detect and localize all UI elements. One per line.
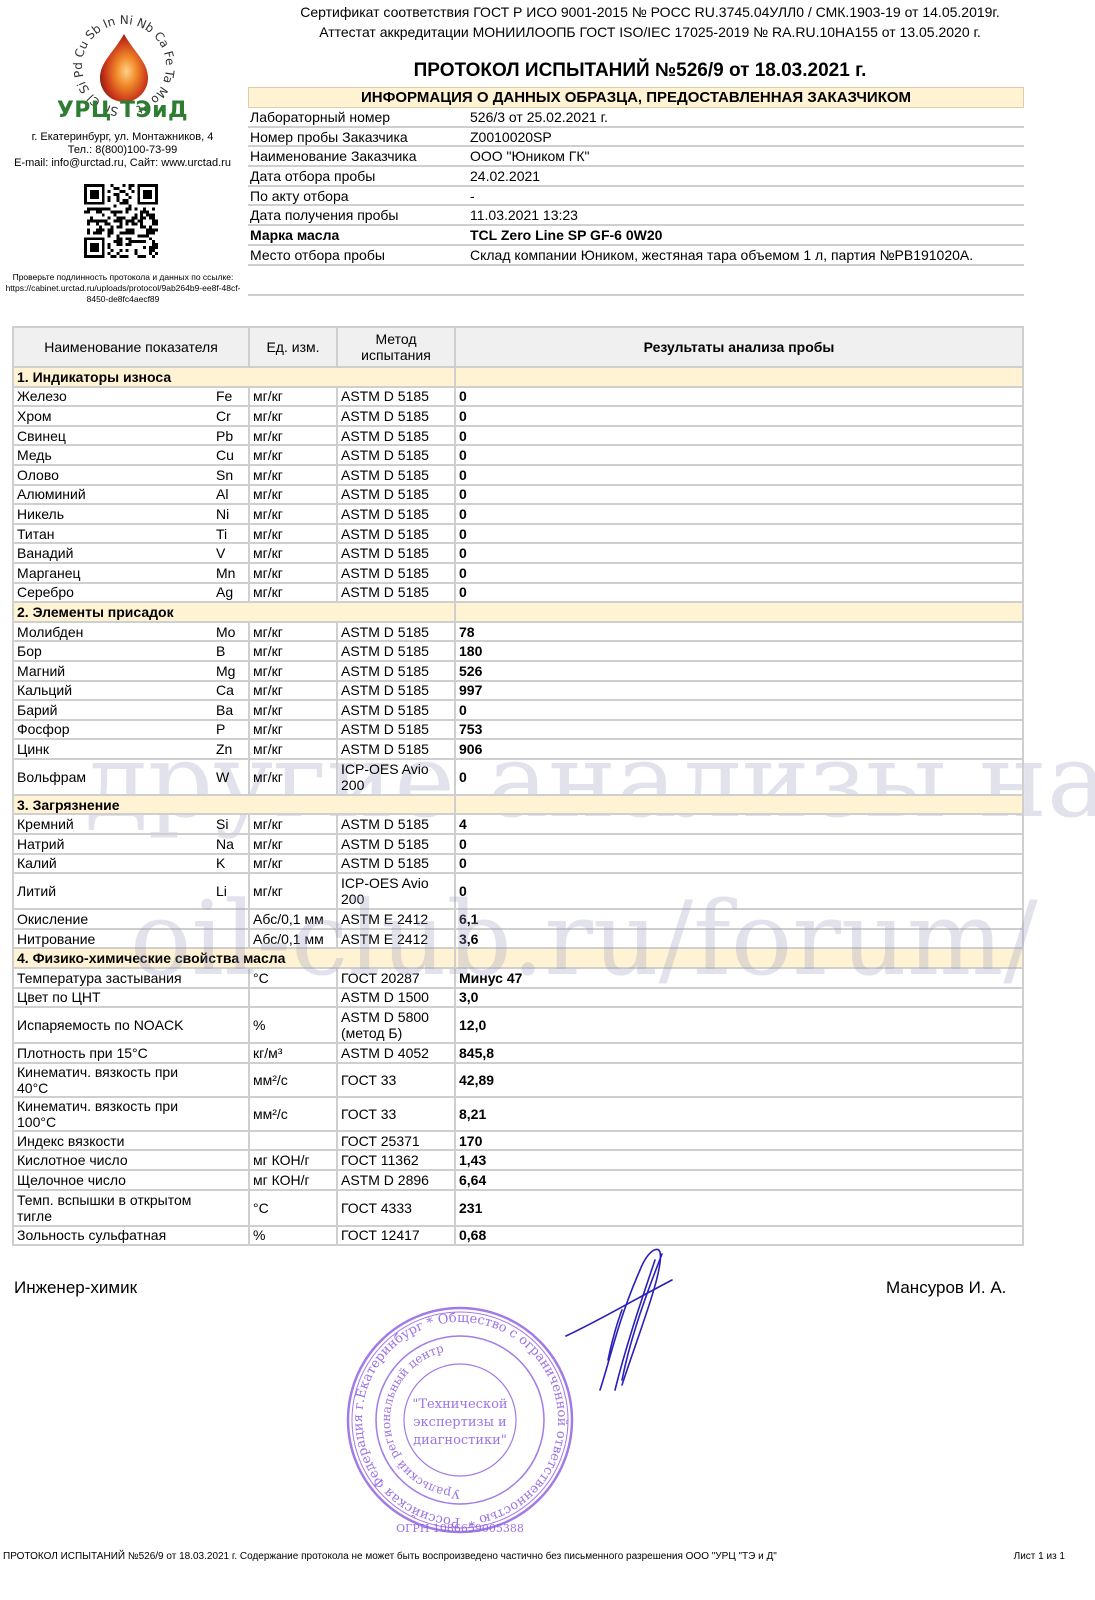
test-method: ГОСТ 33 — [337, 1097, 455, 1131]
info-value: 24.02.2021 — [470, 167, 1024, 185]
unit: мг/кг — [249, 563, 337, 583]
element-symbol: P — [213, 720, 249, 740]
col-header-unit: Ед. изм. — [249, 327, 337, 367]
test-method: ASTM E 2412 — [337, 909, 455, 929]
indicator-name: Железо — [13, 387, 213, 407]
section-row: 3. Загрязнение — [13, 795, 1023, 815]
element-symbol: B — [213, 641, 249, 661]
result-value: 0 — [455, 387, 1023, 407]
result-value: 0 — [455, 524, 1023, 544]
indicator-name: Молибден — [13, 622, 213, 642]
info-label: Лабораторный номер — [248, 108, 470, 126]
results-table: Наименование показателя Ед. изм. Метод и… — [12, 326, 1024, 1246]
table-row: КалийKмг/кгASTM D 51850 — [13, 854, 1023, 874]
result-value: 78 — [455, 622, 1023, 642]
test-method: ICP-OES Avio 200 — [337, 873, 455, 909]
info-label: Место отбора пробы — [248, 246, 470, 264]
table-header-row: Наименование показателя Ед. изм. Метод и… — [13, 327, 1023, 367]
test-method: ASTM D 5185 — [337, 661, 455, 681]
indicator-name: Темп. вспышки в открытом тигле — [13, 1190, 213, 1226]
result-value: 0 — [455, 543, 1023, 563]
indicator-name: Испаряемость по NOACK — [13, 1007, 213, 1043]
unit: Абс/0,1 мм — [249, 909, 337, 929]
result-value: 845,8 — [455, 1043, 1023, 1063]
result-value: 526 — [455, 661, 1023, 681]
indicator-name: Хром — [13, 406, 213, 426]
sample-info-heading: ИНФОРМАЦИЯ О ДАННЫХ ОБРАЗЦА, ПРЕДОСТАВЛЕ… — [248, 87, 1024, 108]
signer-role: Инженер-химик — [14, 1278, 137, 1298]
indicator-name: Кинематич. вязкость при 100°С — [13, 1097, 213, 1131]
element-symbol — [213, 1150, 249, 1170]
footer-disclaimer: ПРОТОКОЛ ИСПЫТАНИЙ №526/9 от 18.03.2021 … — [3, 1551, 777, 1562]
unit: мг/кг — [249, 583, 337, 603]
test-method: ASTM D 5185 — [337, 583, 455, 603]
unit: кг/м³ — [249, 1043, 337, 1063]
table-row: ЖелезоFeмг/кгASTM D 51850 — [13, 387, 1023, 407]
info-label: По акту отбора — [248, 187, 470, 205]
element-symbol — [213, 929, 249, 949]
element-symbol — [213, 1131, 249, 1151]
test-method: ASTM D 1500 — [337, 988, 455, 1008]
indicator-name: Магний — [13, 661, 213, 681]
element-symbol: Ni — [213, 504, 249, 524]
indicator-name: Титан — [13, 524, 213, 544]
info-value: Z0010020SP — [470, 128, 1024, 146]
svg-text:"Технической: "Технической — [412, 1397, 507, 1412]
unit: мг/кг — [249, 661, 337, 681]
unit: мг/кг — [249, 873, 337, 909]
info-row: Лабораторный номер526/3 от 25.02.2021 г. — [248, 108, 1024, 128]
element-symbol: V — [213, 543, 249, 563]
result-value: 3,0 — [455, 988, 1023, 1008]
element-symbol — [213, 909, 249, 929]
unit: мг/кг — [249, 641, 337, 661]
verify-text: Проверьте подлинность протокола и данных… — [4, 272, 242, 283]
indicator-name: Алюминий — [13, 485, 213, 505]
info-row: Дата получения пробы11.03.2021 13:23 — [248, 206, 1024, 226]
unit: мг/кг — [249, 445, 337, 465]
table-row: Зольность сульфатная%ГОСТ 124170,68 — [13, 1226, 1023, 1246]
table-row: Испаряемость по NOACK%ASTM D 5800 (метод… — [13, 1007, 1023, 1043]
test-method: ГОСТ 12417 — [337, 1226, 455, 1246]
indicator-name: Зольность сульфатная — [13, 1226, 213, 1246]
result-value: 0 — [455, 873, 1023, 909]
certification-lines: Сертификат соответствия ГОСТ Р ИСО 9001-… — [250, 2, 1050, 42]
test-method: ASTM D 5185 — [337, 641, 455, 661]
unit: мг/кг — [249, 504, 337, 524]
unit: мг/кг — [249, 739, 337, 759]
result-value: 0 — [455, 563, 1023, 583]
unit — [249, 1131, 337, 1151]
unit: мг/кг — [249, 426, 337, 446]
indicator-name: Литий — [13, 873, 213, 909]
element-symbol: W — [213, 759, 249, 795]
result-value: 231 — [455, 1190, 1023, 1226]
table-row: МолибденMoмг/кгASTM D 518578 — [13, 622, 1023, 642]
protocol-title: ПРОТОКОЛ ИСПЫТАНИЙ №526/9 от 18.03.2021 … — [250, 60, 1030, 82]
section-result-cell — [455, 602, 1023, 622]
result-value: 0 — [455, 700, 1023, 720]
section-title: 2. Элементы присадок — [13, 602, 455, 622]
test-method: ASTM D 5185 — [337, 681, 455, 701]
result-value: 0 — [455, 504, 1023, 524]
table-row: Темп. вспышки в открытом тигле°СГОСТ 433… — [13, 1190, 1023, 1226]
unit: мг/кг — [249, 759, 337, 795]
indicator-name: Индекс вязкости — [13, 1131, 213, 1151]
test-method: ASTM E 2412 — [337, 929, 455, 949]
result-value: 8,21 — [455, 1097, 1023, 1131]
unit: мг/кг — [249, 720, 337, 740]
indicator-name: Температура застывания — [13, 968, 213, 988]
unit — [249, 988, 337, 1008]
indicator-name: Цвет по ЦНТ — [13, 988, 213, 1008]
unit: мг/кг — [249, 485, 337, 505]
test-method: ASTM D 5185 — [337, 445, 455, 465]
result-value: 180 — [455, 641, 1023, 661]
table-row: Плотность при 15°Скг/м³ASTM D 4052845,8 — [13, 1043, 1023, 1063]
test-method: ASTM D 2896 — [337, 1170, 455, 1190]
test-method: ASTM D 5185 — [337, 854, 455, 874]
element-symbol: Al — [213, 485, 249, 505]
result-value: 0 — [455, 465, 1023, 485]
table-row: НикельNiмг/кгASTM D 51850 — [13, 504, 1023, 524]
table-row: ОкислениеАбс/0,1 ммASTM E 24126,1 — [13, 909, 1023, 929]
indicator-name: Калий — [13, 854, 213, 874]
result-value: 6,64 — [455, 1170, 1023, 1190]
test-method: ASTM D 5185 — [337, 720, 455, 740]
sample-info-block: ИНФОРМАЦИЯ О ДАННЫХ ОБРАЗЦА, ПРЕДОСТАВЛЕ… — [248, 87, 1024, 296]
info-label: Номер пробы Заказчика — [248, 128, 470, 146]
test-method: ГОСТ 25371 — [337, 1131, 455, 1151]
indicator-name: Нитрование — [13, 929, 213, 949]
table-row: Кинематич. вязкость при 100°Смм²/сГОСТ 3… — [13, 1097, 1023, 1131]
indicator-name: Барий — [13, 700, 213, 720]
indicator-name: Плотность при 15°С — [13, 1043, 213, 1063]
cert-line-2: Аттестат аккредитации МОНИИЛООПБ ГОСТ IS… — [250, 22, 1050, 42]
table-row: НатрийNaмг/кгASTM D 51850 — [13, 834, 1023, 854]
info-row: Дата отбора пробы24.02.2021 — [248, 167, 1024, 187]
result-value: 6,1 — [455, 909, 1023, 929]
result-value: 42,89 — [455, 1063, 1023, 1097]
col-header-method: Метод испытания — [337, 327, 455, 367]
info-value: ООО "Юником ГК" — [470, 147, 1024, 165]
indicator-name: Свинец — [13, 426, 213, 446]
lab-address: г. Екатеринбург, ул. Монтажников, 4 — [0, 131, 245, 144]
table-row: ЦинкZnмг/кгASTM D 5185906 — [13, 739, 1023, 759]
section-result-cell — [455, 795, 1023, 815]
result-value: 0 — [455, 759, 1023, 795]
section-row: 2. Элементы присадок — [13, 602, 1023, 622]
unit: мг КОН/г — [249, 1150, 337, 1170]
result-value: 0 — [455, 854, 1023, 874]
section-row: 1. Индикаторы износа — [13, 367, 1023, 387]
indicator-name: Бор — [13, 641, 213, 661]
info-value: Склад компании Юником, жестяная тара объ… — [470, 246, 1024, 264]
test-method: ASTM D 5185 — [337, 426, 455, 446]
section-row: 4. Физико-химические свойства масла — [13, 948, 1023, 968]
unit: мг/кг — [249, 465, 337, 485]
table-row: Кинематич. вязкость при 40°Смм²/сГОСТ 33… — [13, 1063, 1023, 1097]
result-value: 0 — [455, 445, 1023, 465]
test-method: ASTM D 5185 — [337, 406, 455, 426]
result-value: 3,6 — [455, 929, 1023, 949]
info-label: Дата получения пробы — [248, 206, 470, 224]
element-symbol: Zn — [213, 739, 249, 759]
table-row: БарийBaмг/кгASTM D 51850 — [13, 700, 1023, 720]
test-method: ASTM D 5185 — [337, 739, 455, 759]
table-row: ЛитийLiмг/кгICP-OES Avio 2000 — [13, 873, 1023, 909]
element-symbol: Mn — [213, 563, 249, 583]
indicator-name: Натрий — [13, 834, 213, 854]
indicator-name: Кинематич. вязкость при 40°С — [13, 1063, 213, 1097]
unit: мг/кг — [249, 834, 337, 854]
element-symbol: Cr — [213, 406, 249, 426]
unit: °С — [249, 1190, 337, 1226]
unit: % — [249, 1007, 337, 1043]
element-symbol: Ba — [213, 700, 249, 720]
indicator-name: Фосфор — [13, 720, 213, 740]
result-value: 0 — [455, 583, 1023, 603]
test-method: ASTM D 5185 — [337, 834, 455, 854]
unit: мг/кг — [249, 387, 337, 407]
test-method: ASTM D 5185 — [337, 814, 455, 834]
qr-code-icon[interactable] — [84, 184, 158, 258]
lab-contacts: г. Екатеринбург, ул. Монтажников, 4 Тел.… — [0, 131, 245, 170]
indicator-name: Медь — [13, 445, 213, 465]
test-method: ГОСТ 33 — [337, 1063, 455, 1097]
table-row: Щелочное числомг КОН/гASTM D 28966,64 — [13, 1170, 1023, 1190]
result-value: 170 — [455, 1131, 1023, 1151]
element-symbol: Cu — [213, 445, 249, 465]
section-result-cell — [455, 948, 1023, 968]
test-method: ASTM D 5185 — [337, 563, 455, 583]
stamp-icon: Российская Федерация г.Екатеринбург * Об… — [340, 1300, 580, 1540]
element-symbol: Pb — [213, 426, 249, 446]
table-row: БорBмг/кгASTM D 5185180 — [13, 641, 1023, 661]
result-value: 0 — [455, 834, 1023, 854]
element-symbol — [213, 1043, 249, 1063]
indicator-name: Щелочное число — [13, 1170, 213, 1190]
result-value: 0 — [455, 485, 1023, 505]
lab-phone: Тел.: 8(800)100-73-99 — [0, 144, 245, 157]
unit: °С — [249, 968, 337, 988]
info-row: Номер пробы ЗаказчикаZ0010020SP — [248, 128, 1024, 148]
element-symbol: Li — [213, 873, 249, 909]
page-number: Лист 1 из 1 — [1014, 1551, 1065, 1562]
test-method: ГОСТ 4333 — [337, 1190, 455, 1226]
unit: мм²/с — [249, 1097, 337, 1131]
table-row: Кислотное числомг КОН/гГОСТ 113621,43 — [13, 1150, 1023, 1170]
indicator-name: Марганец — [13, 563, 213, 583]
section-title: 4. Физико-химические свойства масла — [13, 948, 455, 968]
table-row: КремнийSiмг/кгASTM D 51854 — [13, 814, 1023, 834]
table-row: Температура застывания°СГОСТ 20287Минус … — [13, 968, 1023, 988]
element-symbol — [213, 968, 249, 988]
table-row: КальцийCaмг/кгASTM D 5185997 — [13, 681, 1023, 701]
test-method: ASTM D 4052 — [337, 1043, 455, 1063]
verify-link[interactable]: https://cabinet.urctad.ru/uploads/protoc… — [4, 283, 242, 305]
info-value: 526/3 от 25.02.2021 г. — [470, 108, 1024, 126]
result-value: 1,43 — [455, 1150, 1023, 1170]
test-method: ГОСТ 20287 — [337, 968, 455, 988]
signer-name: Мансуров И. А. — [886, 1278, 1006, 1298]
result-value: 997 — [455, 681, 1023, 701]
test-method: ICP-OES Avio 200 — [337, 759, 455, 795]
element-symbol: Ti — [213, 524, 249, 544]
test-method: ASTM D 5185 — [337, 504, 455, 524]
element-symbol — [213, 1170, 249, 1190]
unit: мг/кг — [249, 700, 337, 720]
result-value: 4 — [455, 814, 1023, 834]
indicator-name: Никель — [13, 504, 213, 524]
element-symbol: Si — [213, 814, 249, 834]
element-symbol: Mo — [213, 622, 249, 642]
table-row: ВанадийVмг/кгASTM D 51850 — [13, 543, 1023, 563]
unit: мг КОН/г — [249, 1170, 337, 1190]
lab-brand-name: УРЦ ТЭиД — [0, 98, 245, 123]
element-symbol: Ag — [213, 583, 249, 603]
table-row: СвинецPbмг/кгASTM D 51850 — [13, 426, 1023, 446]
table-row: Индекс вязкостиГОСТ 25371170 — [13, 1131, 1023, 1151]
unit: мг/кг — [249, 524, 337, 544]
indicator-name: Кислотное число — [13, 1150, 213, 1170]
section-title: 1. Индикаторы износа — [13, 367, 455, 387]
lab-email-site: E-mail: info@urctad.ru, Сайт: www.urctad… — [0, 157, 245, 170]
unit: мм²/с — [249, 1063, 337, 1097]
unit: % — [249, 1226, 337, 1246]
info-label: Дата отбора пробы — [248, 167, 470, 185]
result-value: 753 — [455, 720, 1023, 740]
element-symbol: Na — [213, 834, 249, 854]
info-value: - — [470, 187, 1024, 205]
indicator-name: Серебро — [13, 583, 213, 603]
col-header-name: Наименование показателя — [13, 327, 249, 367]
unit: мг/кг — [249, 622, 337, 642]
element-symbol — [213, 1063, 249, 1097]
test-method: ASTM D 5185 — [337, 622, 455, 642]
svg-text:ОГРН 1086659005388: ОГРН 1086659005388 — [396, 1522, 524, 1535]
info-row: Место отбора пробыСклад компании Юником,… — [248, 246, 1024, 266]
unit: Абс/0,1 мм — [249, 929, 337, 949]
element-symbol — [213, 1097, 249, 1131]
result-value: 12,0 — [455, 1007, 1023, 1043]
table-row: МагнийMgмг/кгASTM D 5185526 — [13, 661, 1023, 681]
unit: мг/кг — [249, 854, 337, 874]
info-row: Марка маслаTCL Zero Line SP GF-6 0W20 — [248, 226, 1024, 246]
element-symbol: Fe — [213, 387, 249, 407]
test-method: ASTM D 5800 (метод Б) — [337, 1007, 455, 1043]
indicator-name: Кальций — [13, 681, 213, 701]
result-value: 0,68 — [455, 1226, 1023, 1246]
test-method: ГОСТ 11362 — [337, 1150, 455, 1170]
col-header-result: Результаты анализа пробы — [455, 327, 1023, 367]
table-row: ВольфрамWмг/кгICP-OES Avio 2000 — [13, 759, 1023, 795]
element-symbol: Sn — [213, 465, 249, 485]
table-row: АлюминийAlмг/кгASTM D 51850 — [13, 485, 1023, 505]
result-value: 906 — [455, 739, 1023, 759]
element-symbol — [213, 988, 249, 1008]
indicator-name: Кремний — [13, 814, 213, 834]
info-label: Наименование Заказчика — [248, 147, 470, 165]
table-row: Цвет по ЦНТASTM D 15003,0 — [13, 988, 1023, 1008]
element-symbol — [213, 1190, 249, 1226]
indicator-name: Вольфрам — [13, 759, 213, 795]
unit: мг/кг — [249, 814, 337, 834]
result-value: 0 — [455, 406, 1023, 426]
result-value: 0 — [455, 426, 1023, 446]
signature-icon — [560, 1240, 680, 1400]
info-value: TCL Zero Line SP GF-6 0W20 — [470, 226, 1024, 244]
table-row: ХромCrмг/кгASTM D 51850 — [13, 406, 1023, 426]
indicator-name: Окисление — [13, 909, 213, 929]
table-row: МарганецMnмг/кгASTM D 51850 — [13, 563, 1023, 583]
test-method: ASTM D 5185 — [337, 465, 455, 485]
result-value: Минус 47 — [455, 968, 1023, 988]
test-method: ASTM D 5185 — [337, 700, 455, 720]
unit: мг/кг — [249, 406, 337, 426]
table-row: НитрованиеАбс/0,1 ммASTM E 24123,6 — [13, 929, 1023, 949]
test-method: ASTM D 5185 — [337, 543, 455, 563]
svg-text:экспертизы и: экспертизы и — [413, 1415, 506, 1430]
element-symbol: K — [213, 854, 249, 874]
element-symbol — [213, 1226, 249, 1246]
verify-block: Проверьте подлинность протокола и данных… — [4, 272, 242, 305]
table-row: МедьCuмг/кгASTM D 51850 — [13, 445, 1023, 465]
table-row: ОловоSnмг/кгASTM D 51850 — [13, 465, 1023, 485]
section-title: 3. Загрязнение — [13, 795, 455, 815]
info-row: Наименование ЗаказчикаООО "Юником ГК" — [248, 147, 1024, 167]
table-row: ФосфорPмг/кгASTM D 5185753 — [13, 720, 1023, 740]
cert-line-1: Сертификат соответствия ГОСТ Р ИСО 9001-… — [250, 2, 1050, 22]
indicator-name: Цинк — [13, 739, 213, 759]
table-row: ТитанTiмг/кгASTM D 51850 — [13, 524, 1023, 544]
table-row: СереброAgмг/кгASTM D 51850 — [13, 583, 1023, 603]
element-symbol: Ca — [213, 681, 249, 701]
element-symbol — [213, 1007, 249, 1043]
indicator-name: Ванадий — [13, 543, 213, 563]
unit: мг/кг — [249, 681, 337, 701]
info-label: Марка масла — [248, 226, 470, 244]
info-spacer-row — [248, 266, 1024, 296]
test-method: ASTM D 5185 — [337, 387, 455, 407]
indicator-name: Олово — [13, 465, 213, 485]
info-row: По акту отбора- — [248, 187, 1024, 207]
test-method: ASTM D 5185 — [337, 524, 455, 544]
element-symbol: Mg — [213, 661, 249, 681]
info-value: 11.03.2021 13:23 — [470, 206, 1024, 224]
section-result-cell — [455, 367, 1023, 387]
unit: мг/кг — [249, 543, 337, 563]
svg-text:диагностики": диагностики" — [413, 1433, 507, 1448]
test-method: ASTM D 5185 — [337, 485, 455, 505]
